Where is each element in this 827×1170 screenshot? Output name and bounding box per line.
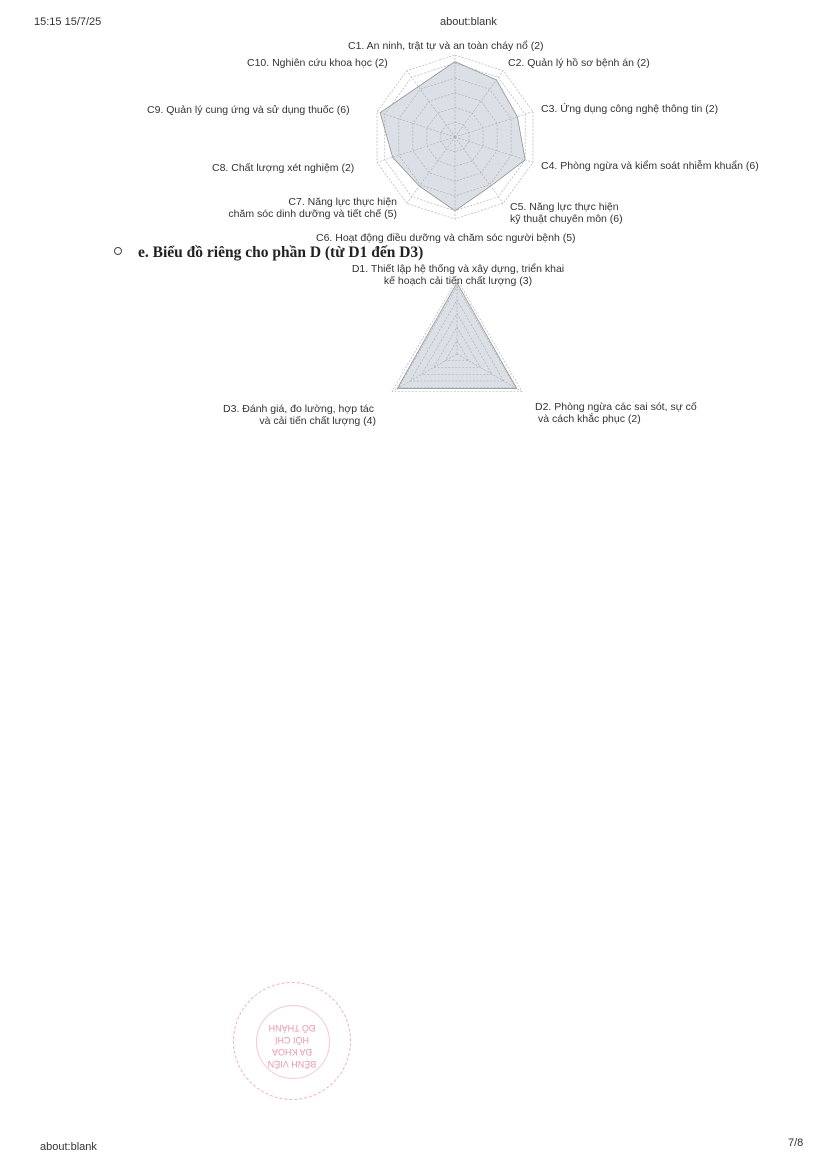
axis-label-c5-line2: kỹ thuật chuyên môn (6) [510,213,623,225]
axis-label-c10: C10. Nghiên cứu khoa học (2) [247,57,388,69]
axis-label-d2-line2: và cách khắc phục (2) [538,413,641,425]
axis-label-c2: C2. Quản lý hồ sơ bệnh án (2) [508,57,650,69]
axis-label-c6: C6. Hoạt động điều dưỡng và chăm sóc ngư… [316,232,576,244]
stamp-line: ĐA KHOA [234,1047,350,1057]
axis-label-d3-line1: D3. Đánh giá, đo lường, hợp tác [223,403,374,415]
axis-label-c4: C4. Phòng ngừa và kiểm soát nhiễm khuẩn … [541,160,759,172]
axis-label-d3-line2: và cải tiến chất lượng (4) [259,415,376,427]
section-heading-text: e. Biểu đồ riêng cho phần D (từ D1 đến D… [138,244,423,261]
section-heading: e. Biểu đồ riêng cho phần D (từ D1 đến D… [114,244,423,262]
axis-label-d1-line2: kế hoạch cải tiến chất lượng (3) [338,275,578,287]
axis-label-c8: C8. Chất lượng xét nghiệm (2) [212,162,354,174]
axis-label-c3: C3. Ứng dụng công nghệ thông tin (2) [541,103,718,115]
axis-label-c5-line1: C5. Năng lực thực hiện [510,201,619,213]
stamp-line: BỆNH VIỆN [234,1059,350,1069]
footer-url: about:blank [40,1141,97,1153]
axis-label-c7-line2: chăm sóc dinh dưỡng và tiết chế (5) [228,208,397,220]
stamp-line: HỘI CHÍ [234,1035,350,1045]
axis-label-d1-line1: D1. Thiết lập hệ thống và xây dựng, triể… [338,263,578,275]
bullet-icon [114,247,122,255]
radar-charts [0,0,827,460]
axis-label-c9: C9. Quản lý cung ứng và sử dụng thuốc (6… [147,104,350,116]
axis-label-d2-line1: D2. Phòng ngừa các sai sót, sự cố [535,401,697,413]
stamp-line: ĐÔ THÀNH [234,1023,350,1033]
official-stamp: BỆNH VIỆN ĐA KHOA HỘI CHÍ ĐÔ THÀNH [233,982,351,1100]
page-number: 7/8 [788,1137,803,1149]
axis-label-c1: C1. An ninh, trật tự và an toàn cháy nổ … [348,40,544,52]
axis-label-c7-line1: C7. Năng lực thực hiện [288,196,397,208]
